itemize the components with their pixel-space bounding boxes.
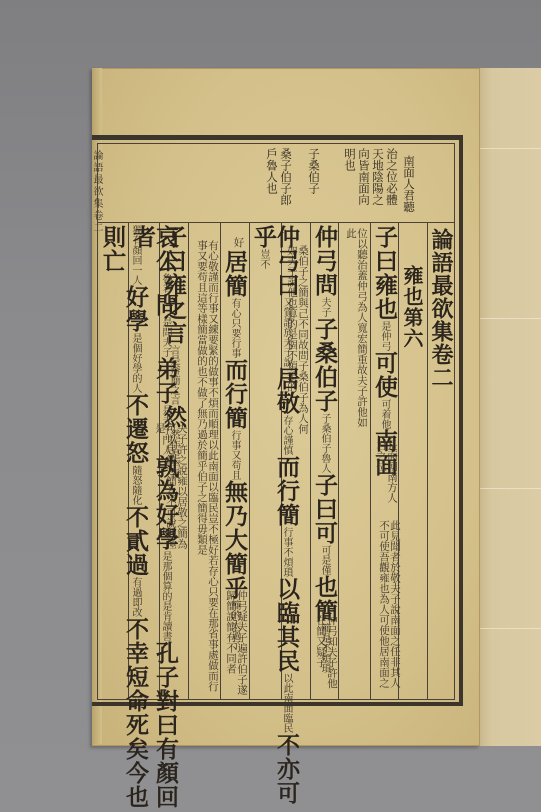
column-divider [338,222,339,700]
gloss: 魯君 [160,273,171,293]
gloss: 子桑伯子魯人 [319,413,330,473]
gloss: 又質證於夫子說 [281,297,292,367]
main-text: 好學 [122,285,149,333]
header-band-divider [97,222,455,223]
main-text: 無乃大簡乎 [221,480,248,600]
main-text: 仲弓曰 [273,225,300,297]
commentary: 位以聽治蓋仲弓為人寬宏簡重故夫子許他如此 [343,228,367,428]
book-title: 論語最欲集卷二 [430,228,452,389]
prefix-mark: 好 [233,237,244,248]
main-text: 孰為好學 [152,455,179,551]
gloss: 獨有顏回一人 [130,225,141,285]
main-text: 仲弓問 [311,225,338,297]
gloss: 是問夫子 [160,317,171,357]
commentary: 有心敬謹而行事又練要緊的做事不煩而順理以此南面以臨民豈不極好若存心只要在那省事處… [192,240,218,695]
gloss: 行事不煩瑣 [281,527,292,577]
header-note: 桑子伯子郎 [279,148,292,206]
header-note: 天地陰陽之 [371,148,384,206]
main-text: 哀公 [152,225,179,273]
main-text: 問 [152,293,179,317]
text-column: 仲弓曰又質證於夫子說居敬存心謹慎而行簡行事不煩瑣以臨其民以此南面臨民不亦可乎豈不 [252,225,298,812]
header-note: 向皆南面向 [357,148,370,206]
gloss: 是夫子門人 [160,405,171,455]
main-text: 居敬 [273,367,300,415]
gloss: 是個好學的人 [130,333,141,393]
gloss: 是仲弓 [379,321,390,351]
column-divider [249,222,250,700]
main-text: 而行簡 [221,358,248,430]
commentary: 仲弓知夫子許他在簡又疑子 [313,615,337,695]
main-text: 居簡 [221,250,248,298]
gloss: 可着他 [379,399,390,429]
gloss: 存心謹慎 [281,415,292,455]
header-note: 明也 [343,148,356,171]
gloss: 夫子 [319,297,330,317]
gloss: 以此南面臨民 [281,673,292,733]
main-text: 不貳過 [122,505,149,577]
text-column: 仲弓問夫子子桑伯子子桑伯子魯人子曰可可是僅也簡簡是不煩瑣 [313,225,336,673]
main-text: 弟子 [152,357,179,405]
main-text: 可使 [371,351,398,399]
page-crease [479,318,541,319]
column-divider [188,222,189,700]
gloss: 隨怒隨化 [130,465,141,505]
main-text: 以臨其民 [273,577,300,673]
right-page [478,68,541,746]
commentary: 此見聞者於敬夫子說南面之任非其人不可使吾觀雍也為人可使他居南面之 [378,520,400,698]
gloss: 可是僅 [319,545,330,575]
main-text: 不遷怒 [122,393,149,465]
header-note: 治之位必體 [385,148,398,206]
main-text: 而行簡 [273,455,300,527]
page-crease [479,628,541,629]
gloss: 是那個算的是肯讀書 [160,551,171,641]
main-text: 子桑伯子 [311,317,338,413]
gloss: 是面朝南方人君之位 [375,440,397,510]
gloss: 有心只要行事 [229,298,240,358]
header-note: 子桑伯子 [307,148,320,194]
main-text: 子曰可 [311,473,338,545]
main-text: 子曰雍也 [371,225,398,321]
commentary: 仲弓疑夫子遍許伯子遂歸簡說簡有不同者 [223,590,247,700]
header-note: 南面人君聽 [402,155,415,213]
chapter-title: 雍也第六 [402,265,422,349]
page-crease [479,148,541,149]
gloss: 豈不 [258,249,269,269]
gloss: 有過即改 [130,577,141,617]
page-crease [479,488,541,489]
gloss: 行事又苟且 [229,430,240,480]
header-note: 戶魯人也 [265,148,278,194]
text-column: 獨有顏回一人好學是個好學的人不遷怒隨怒隨化不貳過有過即改不幸短命死矣今也則亡 [101,225,147,812]
